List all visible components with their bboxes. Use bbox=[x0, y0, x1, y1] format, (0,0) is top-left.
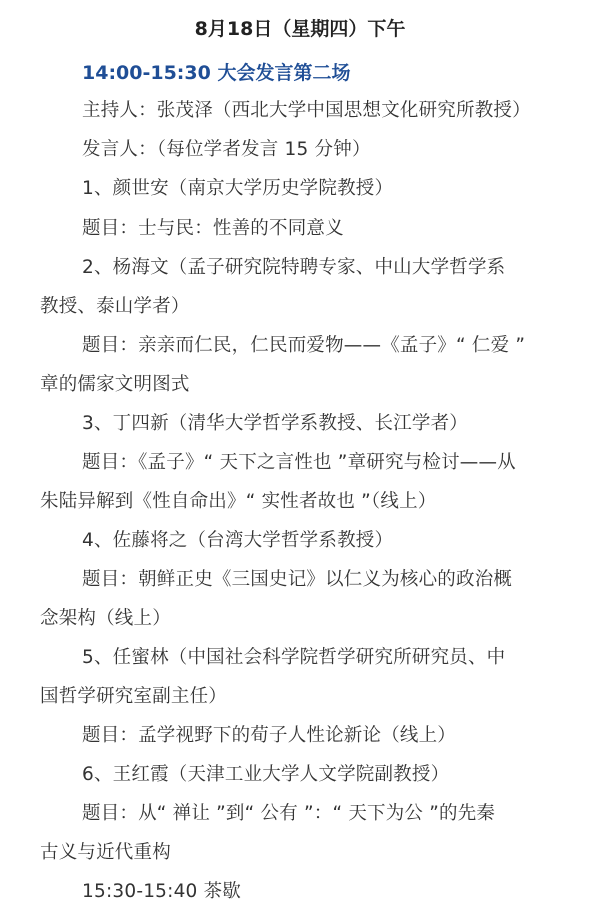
host-line: 主持人：张茂泽（西北大学中国思想文化研究所教授） bbox=[82, 96, 531, 122]
speaker-5-name: 5、任蜜林（中国社会科学院哲学研究所研究员、中 bbox=[82, 643, 505, 669]
speakers-note: 发言人：（每位学者发言 15 分钟） bbox=[82, 135, 371, 161]
speaker-3-name: 3、丁四新（清华大学哲学系教授、长江学者） bbox=[82, 409, 468, 435]
speaker-2-topic-cont: 章的儒家文明图式 bbox=[40, 370, 190, 396]
speaker-4-topic: 题目：朝鲜正史《三国史记》以仁义为核心的政治概 bbox=[82, 565, 512, 591]
speaker-2-name: 2、杨海文（孟子研究院特聘专家、中山大学哲学系 bbox=[82, 253, 505, 279]
date-heading: 8月18日（星期四）下午 bbox=[0, 14, 600, 41]
speaker-3-topic: 题目：《孟子》“ 天下之言性也 ”章研究与检讨——从 bbox=[82, 448, 516, 474]
speaker-1-topic: 题目：士与民：性善的不同意义 bbox=[82, 214, 344, 240]
tea-break: 15:30-15:40 茶歇 bbox=[82, 877, 241, 903]
speaker-2-topic: 题目：亲亲而仁民，仁民而爱物——《孟子》“ 仁爱 ” bbox=[82, 331, 525, 357]
speaker-1-name: 1、颜世安（南京大学历史学院教授） bbox=[82, 174, 393, 200]
agenda-page: 8月18日（星期四）下午 14:00-15:30 大会发言第二场 主持人：张茂泽… bbox=[0, 0, 600, 912]
session-heading: 14:00-15:30 大会发言第二场 bbox=[82, 58, 350, 85]
speaker-2-name-cont: 教授、泰山学者） bbox=[40, 292, 190, 318]
speaker-3-topic-cont: 朱陆异解到《性自命出》“ 实性者故也 ”（线上） bbox=[40, 487, 436, 513]
speaker-5-topic: 题目：孟学视野下的荀子人性论新论（线上） bbox=[82, 721, 456, 747]
speaker-4-name: 4、佐藤将之（台湾大学哲学系教授） bbox=[82, 526, 393, 552]
speaker-6-name: 6、王红霞（天津工业大学人文学院副教授） bbox=[82, 760, 449, 786]
speaker-4-topic-cont: 念架构（线上） bbox=[40, 604, 171, 630]
speaker-6-topic: 题目：从“ 禅让 ”到“ 公有 ”：“ 天下为公 ”的先秦 bbox=[82, 799, 495, 825]
speaker-5-name-cont: 国哲学研究室副主任） bbox=[40, 682, 227, 708]
speaker-6-topic-cont: 古义与近代重构 bbox=[40, 838, 171, 864]
